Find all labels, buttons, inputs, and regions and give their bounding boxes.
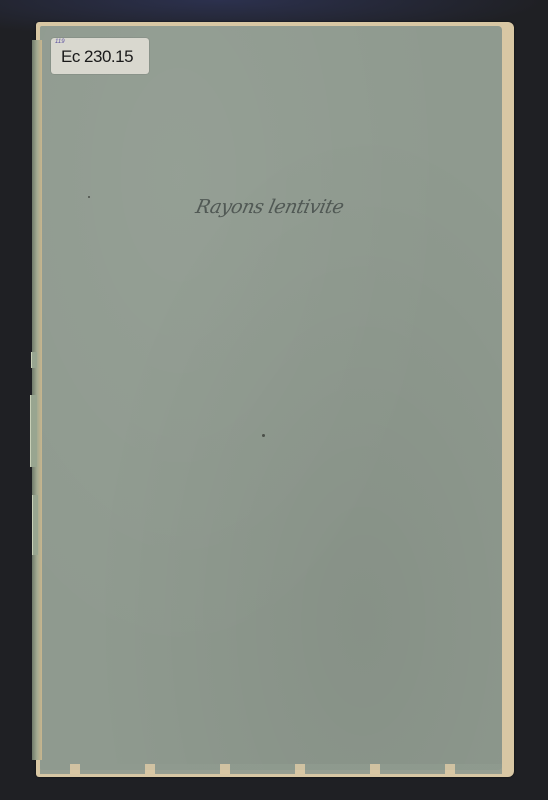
shelfmark-label: 119 Ec 230.15 [51, 38, 149, 74]
spine-fragment [30, 395, 37, 467]
spine-fragment [32, 495, 38, 555]
label-small-mark: 119 [55, 39, 65, 45]
spine-fragment [31, 352, 37, 368]
torn-bottom-edge [40, 764, 502, 774]
label-shelfmark: Ec 230.15 [61, 47, 133, 67]
cover-speck [88, 196, 90, 198]
handwritten-title: Rayons lentivite [194, 196, 346, 218]
book-cover [40, 26, 502, 770]
cover-speck [262, 434, 265, 437]
